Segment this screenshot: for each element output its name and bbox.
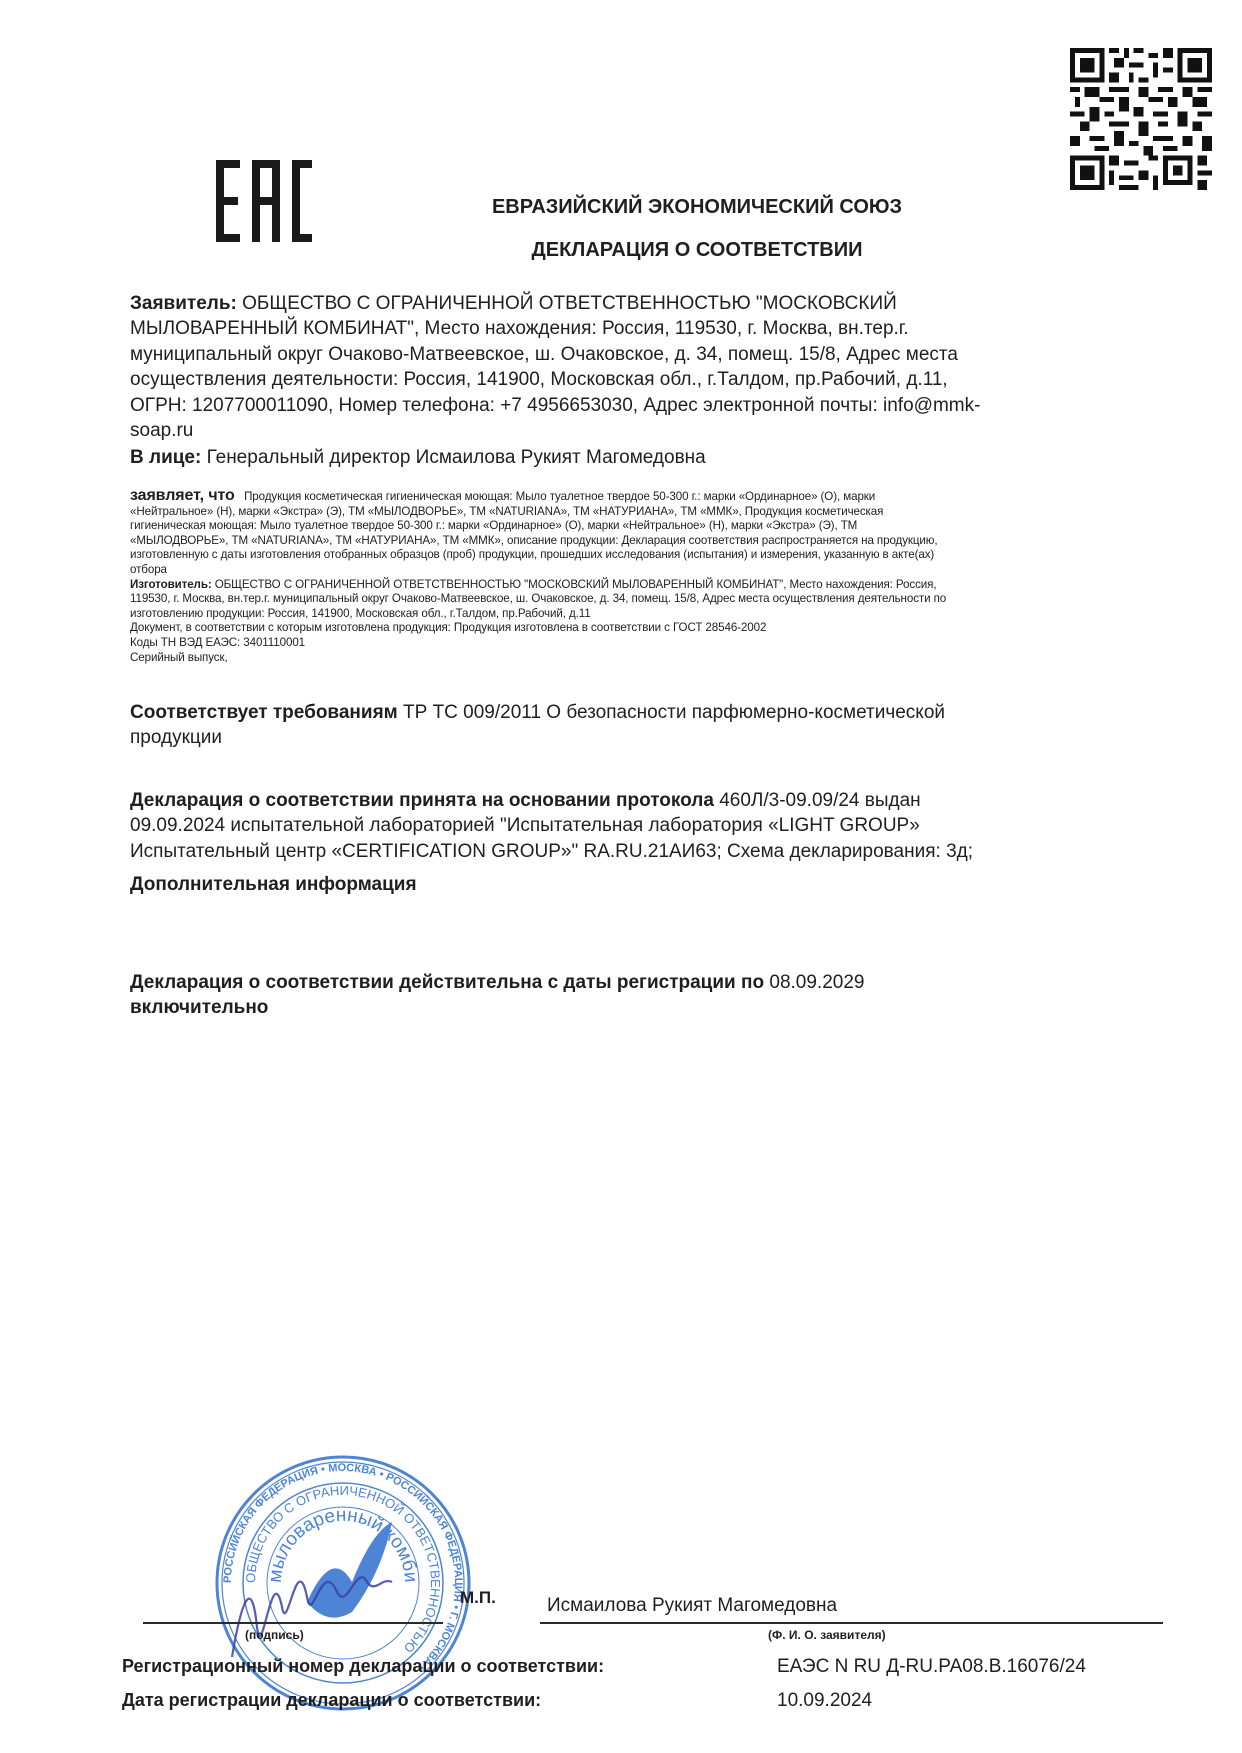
manufacturing-document: Документ, в соответствии с которым изгот… <box>130 621 1190 636</box>
validity-block: Декларация о соответствии действительна … <box>130 970 1180 1021</box>
validity-label: Декларация о соответствии действительна … <box>130 972 764 993</box>
registration-date-label: Дата регистрации декларации о соответств… <box>122 1690 541 1711</box>
seal-label: М.П. <box>460 1588 496 1608</box>
representative-label: В лице: <box>130 447 201 468</box>
name-line <box>540 1622 1163 1624</box>
basis-block: Декларация о соответствии принята на осн… <box>130 788 1180 898</box>
declares-label: заявляет, что <box>130 487 235 504</box>
registration-number-label: Регистрационный номер декларации о соотв… <box>122 1656 604 1677</box>
signature-caption: (подпись) <box>245 1628 304 1642</box>
representative: Генеральный директор Исмаилова Рукият Ма… <box>201 447 705 468</box>
hs-codes: Коды ТН ВЭД ЕАЭС: 3401110001 <box>130 636 1190 651</box>
applicant-name: Исмаилова Рукият Магомедовна <box>547 1595 837 1617</box>
registration-number: ЕАЭС N RU Д-RU.РА08.В.16076/24 <box>777 1656 1086 1678</box>
release-type: Серийный выпуск, <box>130 651 1190 666</box>
registration-date: 10.09.2024 <box>777 1690 872 1712</box>
manufacturer-label: Изготовитель: <box>130 578 212 591</box>
applicant-label: Заявитель: <box>130 293 237 314</box>
applicant-block: Заявитель: ОБЩЕСТВО С ОГРАНИЧЕННОЙ ОТВЕТ… <box>130 291 1180 471</box>
declares-block: заявляет, что Продукция косметическая ги… <box>130 489 1190 665</box>
conformity-label: Соответствует требованиям <box>130 702 398 723</box>
signature-line <box>143 1622 443 1624</box>
validity-date: 08.09.2029 <box>764 972 864 993</box>
additional-info-label: Дополнительная информация <box>130 872 1180 897</box>
qr-code-icon <box>1070 48 1212 190</box>
conformity-block: Соответствует требованиям ТР ТС 009/2011… <box>130 700 1180 751</box>
document-title: ДЕКЛАРАЦИЯ О СООТВЕТСТВИИ <box>0 239 1242 262</box>
basis-label: Декларация о соответствии принята на осн… <box>130 790 714 811</box>
union-title: ЕВРАЗИЙСКИЙ ЭКОНОМИЧЕСКИЙ СОЮЗ <box>0 196 1242 219</box>
applicant-name-caption: (Ф. И. О. заявителя) <box>768 1628 886 1642</box>
